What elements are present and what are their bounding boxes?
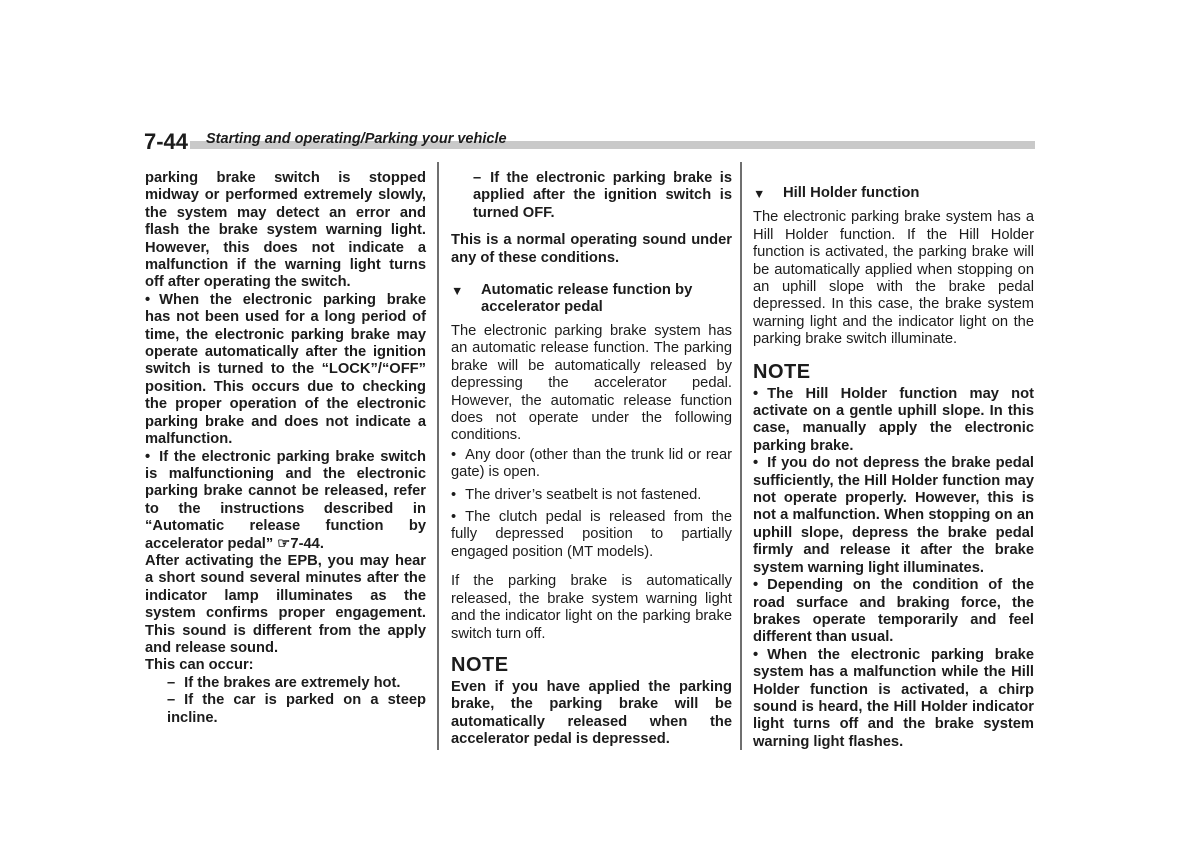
paragraph: The electronic parking brake system has … (753, 209, 1034, 348)
section-heading: ▼Hill Holder function (753, 185, 1034, 203)
note-bullet-item: •The Hill Holder function may not activa… (753, 386, 1034, 456)
bullet-text: If you do not depress the brake pedal su… (753, 455, 1034, 575)
bullet-icon: • (451, 447, 465, 463)
section-title: Starting and operating/Parking your vehi… (206, 131, 507, 147)
dash-icon: – (167, 675, 184, 691)
dash-item: –If the electronic parking brake is appl… (473, 170, 732, 222)
bullet-icon: • (753, 455, 767, 471)
section-heading: ▼Automatic release function by accelerat… (451, 282, 732, 317)
triangle-marker-icon: ▼ (753, 186, 765, 204)
bullet-icon: • (145, 449, 159, 465)
bullet-text: If the electronic parking brake switch i… (145, 449, 426, 552)
page-number: 7-44 (144, 129, 188, 155)
note-bullet-item: •If you do not depress the brake pedal s… (753, 455, 1034, 577)
bullet-text: When the electronic parking brake has no… (145, 292, 426, 447)
manual-page: 7-44 Starting and operating/Parking your… (0, 0, 1200, 863)
dash-item: –If the car is parked on a steep incline… (167, 692, 426, 727)
note-heading: NOTE (451, 654, 732, 676)
note-bullet-item: •Depending on the condition of the road … (753, 577, 1034, 647)
bullet-text: Depending on the condition of the road s… (753, 577, 1034, 645)
bullet-item: •If the electronic parking brake switch … (145, 449, 426, 553)
column-2: –If the electronic parking brake is appl… (451, 170, 732, 749)
bullet-item: •When the electronic parking brake has n… (145, 292, 426, 449)
paragraph: This is a normal operating sound under a… (451, 232, 732, 267)
section-heading-text: Automatic release function by accelerato… (481, 282, 692, 316)
paragraph: parking brake switch is stopped midway o… (145, 170, 426, 292)
column-3: ▼Hill Holder function The electronic par… (753, 170, 1034, 751)
triangle-marker-icon: ▼ (451, 283, 463, 301)
note-heading: NOTE (753, 361, 1034, 383)
dash-text: If the car is parked on a steep incline. (167, 692, 426, 725)
column-divider-2 (740, 162, 742, 750)
dash-icon: – (167, 692, 184, 708)
bullet-icon: • (753, 647, 767, 663)
dash-text: If the electronic parking brake is appli… (473, 170, 732, 221)
section-heading-text: Hill Holder function (783, 185, 919, 201)
bullet-item: •Any door (other than the trunk lid or r… (451, 447, 732, 482)
bullet-item: •The clutch pedal is released from the f… (451, 509, 732, 561)
dash-icon: – (473, 170, 490, 186)
bullet-text: The driver’s seatbelt is not fastened. (465, 487, 701, 503)
bullet-text: The clutch pedal is released from the fu… (451, 509, 732, 560)
column-1: parking brake switch is stopped midway o… (145, 170, 426, 727)
bullet-text: Any door (other than the trunk lid or re… (451, 447, 732, 480)
paragraph: This can occur: (145, 657, 426, 674)
dash-text: If the brakes are extremely hot. (184, 675, 400, 691)
bullet-icon: • (753, 386, 767, 402)
dash-item: –If the brakes are extremely hot. (167, 675, 426, 692)
bullet-text: The Hill Holder function may not activat… (753, 386, 1034, 454)
bullet-icon: • (145, 292, 159, 308)
note-paragraph: Even if you have applied the parking bra… (451, 679, 732, 749)
bullet-icon: • (753, 577, 767, 593)
paragraph: The electronic parking brake system has … (451, 323, 732, 445)
bullet-icon: • (451, 487, 465, 503)
paragraph: After activating the EPB, you may hear a… (145, 553, 426, 657)
column-divider-1 (437, 162, 439, 750)
bullet-icon: • (451, 509, 465, 525)
bullet-text: When the electronic parking brake system… (753, 647, 1034, 750)
paragraph: If the parking brake is automatically re… (451, 573, 732, 643)
bullet-item: •The driver’s seatbelt is not fastened. (451, 487, 732, 504)
note-bullet-item: •When the electronic parking brake syste… (753, 647, 1034, 751)
